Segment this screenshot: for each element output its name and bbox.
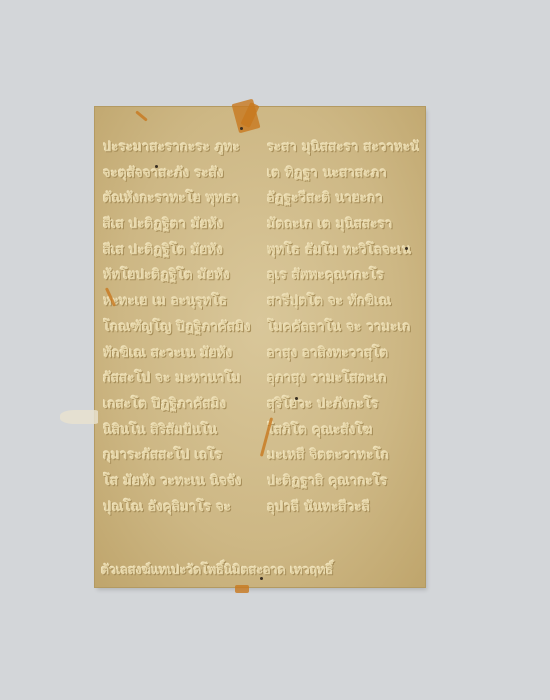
inscription-line: โกณฑัญโญ ปิฏฐิภาคัสมิง bbox=[103, 315, 263, 341]
inscription-right-column: ระสา มุนิสสะรา สะวาหะนัง เต ทิฏฐา นะสาสะ… bbox=[267, 135, 419, 520]
inscription-line: นิสินโน สิริสัมปันโน bbox=[103, 418, 263, 444]
inscription-line: มะเหสี จิตตะวาทะโก bbox=[267, 443, 419, 469]
inscription-line: สีเส ปะติฏฐิโต มัยหัง bbox=[103, 238, 263, 264]
inscription-line: สีเส ปะติฏฐิตา มัยหัง bbox=[103, 212, 263, 238]
inscription-line: กัสสะโป จะ มะหานาโม bbox=[103, 366, 263, 392]
orange-fiber bbox=[135, 110, 148, 121]
inscription-line: หัทโยปะติฏฐิโต มัยหัง bbox=[103, 263, 263, 289]
inscription-line: จะตุสัจจาสะภัง ระสัง bbox=[103, 161, 263, 187]
inscription-line: ทักขิเณ สะวะเน มัยหัง bbox=[103, 341, 263, 367]
dark-speck bbox=[240, 127, 243, 130]
inscription-line: สารีปุตโต จะ ทักขิเณ bbox=[267, 289, 419, 315]
dark-speck bbox=[295, 397, 298, 400]
dark-speck bbox=[405, 247, 408, 250]
inscription-line: ปะติฏฐาสิ คุณากะโร bbox=[267, 469, 419, 495]
inscription-line: พุทโธ ธัมโม ทะวิโลจะเน bbox=[267, 238, 419, 264]
dark-speck bbox=[155, 165, 158, 168]
inscription-left-column: ปะระมาสะรากะระ ภูทะ จะตุสัจจาสะภัง ระสัง… bbox=[103, 135, 263, 520]
inscription-line: หะทะเย เม อะนุรุทโธ bbox=[103, 289, 263, 315]
inscription-line: เต ทิฏฐา นะสาสะภา bbox=[267, 161, 419, 187]
inscription-line: โมคคัลลาโน จะ วามะเก bbox=[267, 315, 419, 341]
inscription-line: โสภิโต คุณะสังโฆ bbox=[267, 418, 419, 444]
inscription-line: อุปาลี นันทะสีวะลี bbox=[267, 495, 419, 521]
inscription-line: อุภาสุง วามะโสตะเก bbox=[267, 366, 419, 392]
inscription-line: ระสา มุนิสสะรา สะวาหะนัง bbox=[267, 135, 419, 161]
orange-fiber bbox=[235, 585, 249, 593]
inscription-line: เกสะโต ปิฏฐิภาคัสมิง bbox=[103, 392, 263, 418]
dark-speck bbox=[260, 577, 263, 580]
inscription-line: ตัณหังกะราทะโย พุทธา bbox=[103, 186, 263, 212]
inscription-line: มัตถะเก เต มุนิสสะรา bbox=[267, 212, 419, 238]
inscription-line: โส มัยหัง วะทะเน นิจจัง bbox=[103, 469, 263, 495]
inscription-line: อุเร สัพพะคุณากะโร bbox=[267, 263, 419, 289]
inscription-line: อัฏฐะวีสะติ นายะกา bbox=[267, 186, 419, 212]
inscription-line: อาสุง อาสิงทะวาสุโต bbox=[267, 341, 419, 367]
inscription-line: สุริโยวะ ปะภังกะโร bbox=[267, 392, 419, 418]
inscription-line: ปะระมาสะรากะระ ภูทะ bbox=[103, 135, 263, 161]
amulet-tablet: ปะระมาสะรากะระ ภูทะ จะตุสัจจาสะภัง ระสัง… bbox=[95, 107, 425, 587]
frayed-thread bbox=[60, 410, 98, 424]
inscription-line: กุมาระกัสสะโป เถโร bbox=[103, 443, 263, 469]
inscription-line: ปุณโณ อังคุลิมาโร จะ bbox=[103, 495, 263, 521]
